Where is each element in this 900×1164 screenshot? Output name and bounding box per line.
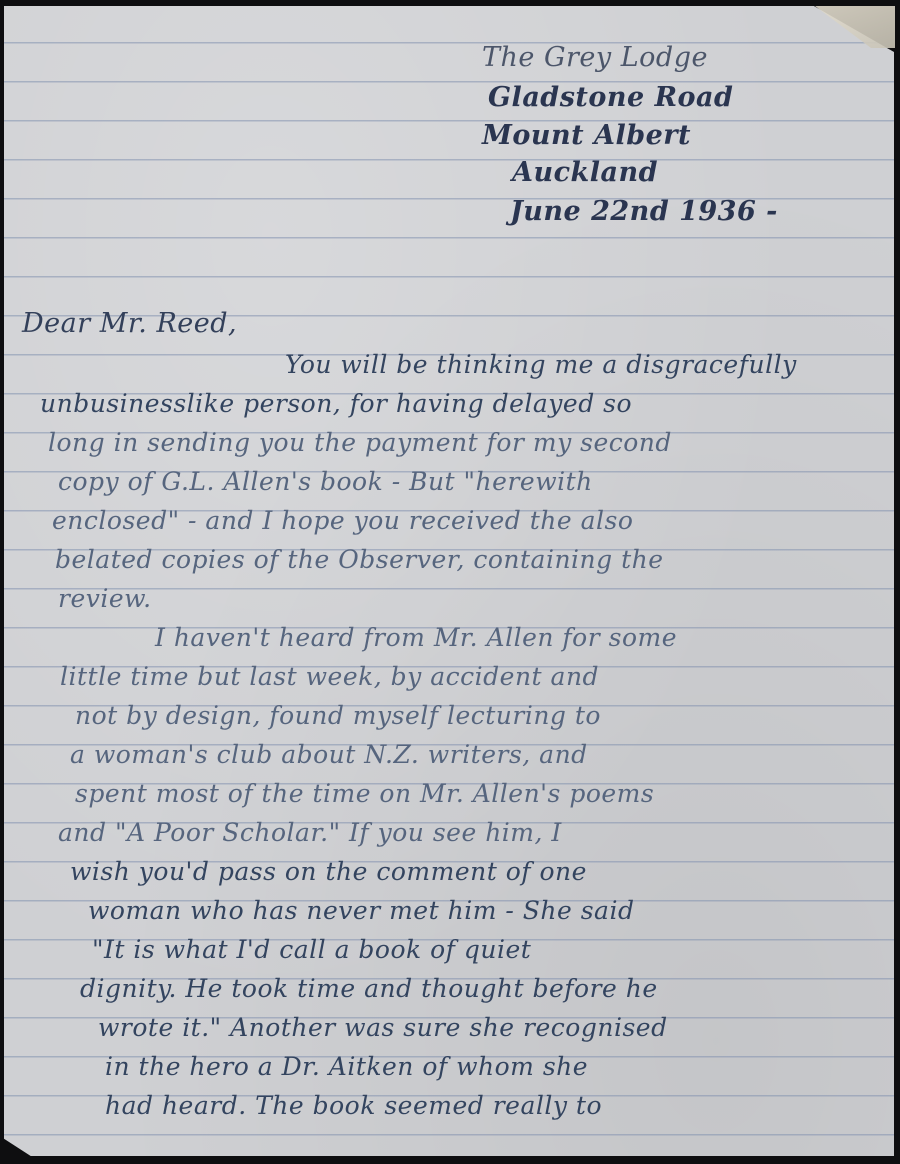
body-line: woman who has never met him - She said bbox=[88, 896, 634, 925]
body-line: You will be thinking me a disgracefully bbox=[285, 350, 797, 379]
address-line-suburb: Mount Albert bbox=[482, 120, 691, 151]
salutation: Dear Mr. Reed, bbox=[22, 308, 237, 339]
letter-date: June 22nd 1936 - bbox=[510, 196, 778, 227]
body-line: dignity. He took time and thought before… bbox=[80, 974, 658, 1003]
body-line: a woman's club about N.Z. writers, and bbox=[70, 740, 588, 769]
address-line-street: Gladstone Road bbox=[488, 82, 733, 113]
body-line: spent most of the time on Mr. Allen's po… bbox=[75, 779, 654, 808]
address-line-house: The Grey Lodge bbox=[482, 42, 708, 73]
body-line: little time but last week, by accident a… bbox=[60, 662, 599, 691]
address-line-city: Auckland bbox=[512, 157, 658, 188]
body-line: long in sending you the payment for my s… bbox=[48, 428, 672, 457]
body-line: review. bbox=[58, 584, 152, 613]
body-line: in the hero a Dr. Aitken of whom she bbox=[105, 1052, 588, 1081]
body-line: belated copies of the Observer, containi… bbox=[55, 545, 664, 574]
body-line: and "A Poor Scholar." If you see him, I bbox=[58, 818, 562, 847]
body-line: I haven't heard from Mr. Allen for some bbox=[155, 623, 677, 652]
body-line: copy of G.L. Allen's book - But "herewit… bbox=[58, 467, 593, 496]
body-line: had heard. The book seemed really to bbox=[105, 1091, 602, 1120]
body-line: wrote it." Another was sure she recognis… bbox=[98, 1013, 668, 1042]
body-line: unbusinesslike person, for having delaye… bbox=[40, 389, 632, 418]
body-line: "It is what I'd call a book of quiet bbox=[92, 935, 531, 964]
body-line: enclosed" - and I hope you received the … bbox=[52, 506, 633, 535]
body-line: wish you'd pass on the comment of one bbox=[70, 857, 587, 886]
body-line: not by design, found myself lecturing to bbox=[75, 701, 601, 730]
